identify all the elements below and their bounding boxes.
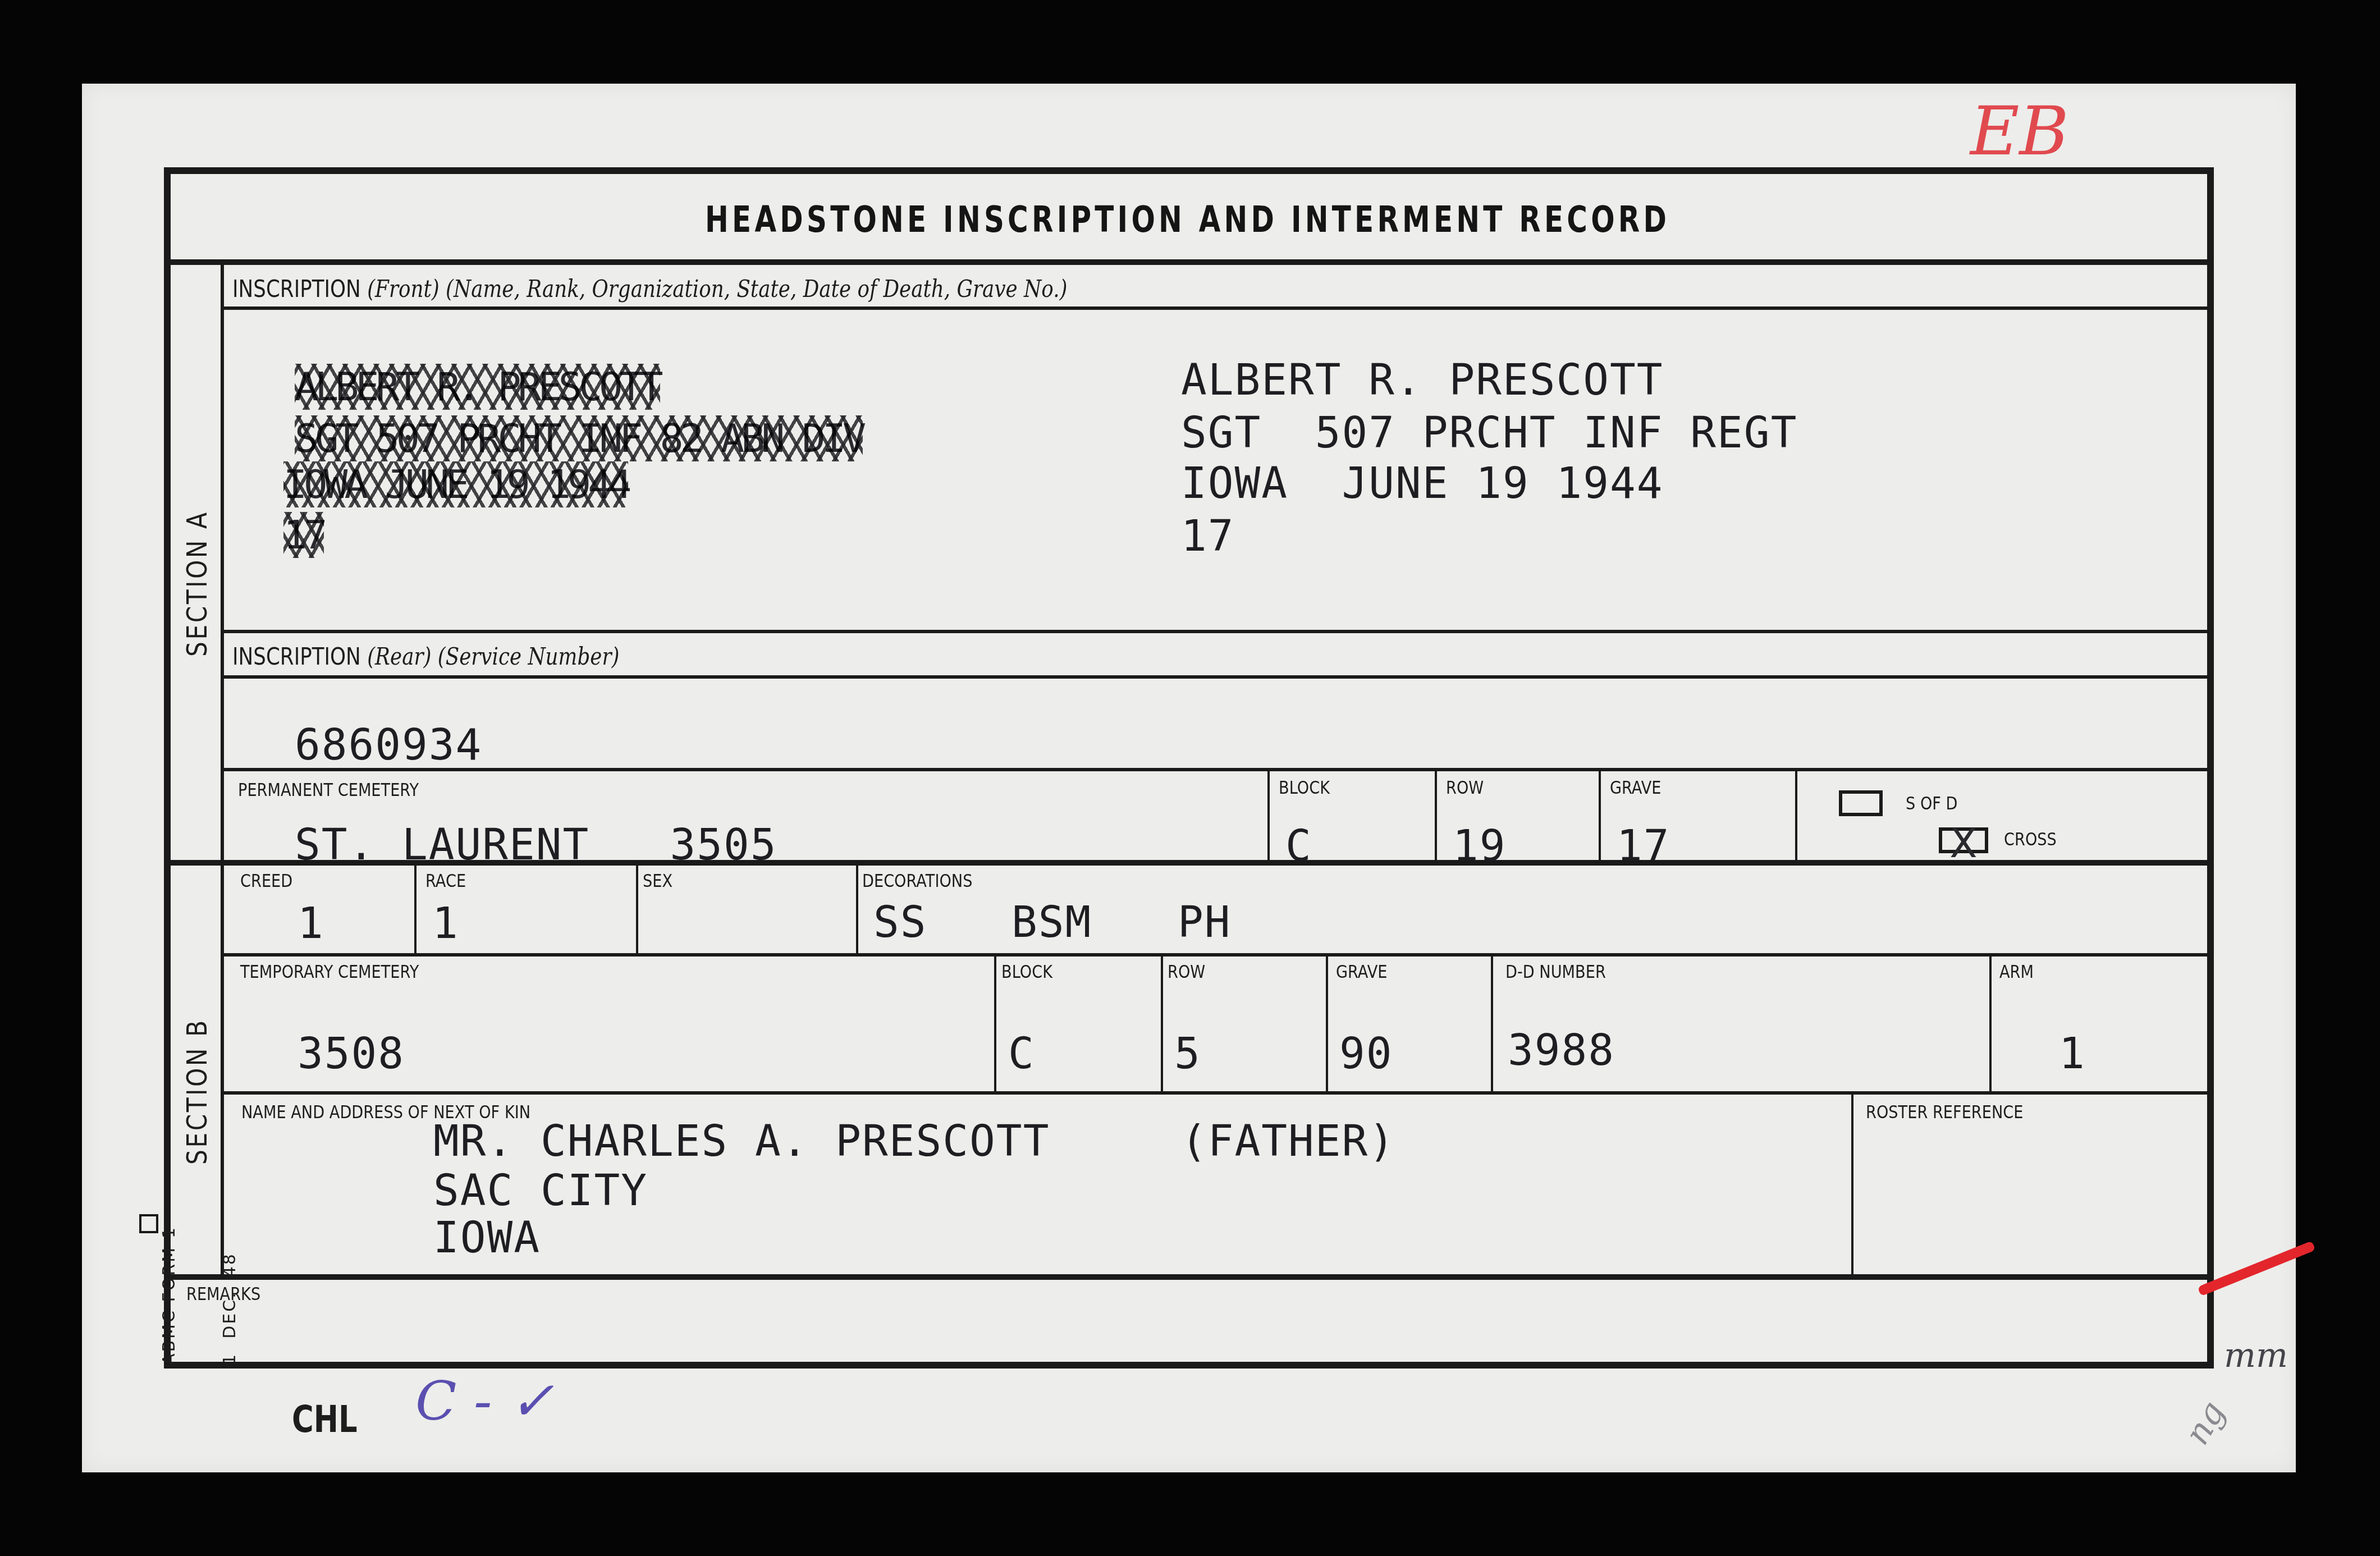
checked-x-mark: X — [1942, 823, 1985, 863]
form-code-line-1: ABMC FORM-1 — [159, 1226, 180, 1365]
divider-title — [164, 259, 2214, 265]
dd-number-label: D-D NUMBER — [1505, 961, 1606, 982]
inscription-front-label-italic: (Front) (Name, Rank, Organization, State… — [367, 275, 1067, 303]
temp-row-divider — [1161, 955, 1163, 1092]
section-column-divider — [221, 262, 224, 1278]
divider-front-body — [222, 630, 2214, 633]
next-of-kin-relation: (FATHER) — [1181, 1116, 1395, 1166]
permanent-block-value: C — [1285, 821, 1312, 871]
form-code-checkbox[interactable] — [139, 1214, 158, 1233]
permanent-grave-value: 17 — [1617, 821, 1670, 871]
struck-inscription-line-3: IOWA JUNE 19 1944 — [283, 461, 628, 507]
temporary-row-label: ROW — [1168, 961, 1205, 982]
decoration-ph: PH — [1178, 897, 1232, 947]
permanent-row-value: 19 — [1453, 821, 1507, 871]
arm-value: 1 — [2059, 1028, 2086, 1078]
cross-checkbox[interactable]: X — [1939, 827, 1988, 853]
perm-row-divider — [1435, 770, 1437, 862]
decoration-ss: SS — [873, 897, 927, 947]
inscription-front-line-1: ALBERT R. PRESCOTT — [1181, 355, 1664, 405]
permanent-grave-label: GRAVE — [1610, 777, 1662, 798]
divider-temporary — [222, 1091, 2214, 1095]
next-of-kin-city: SAC CITY — [433, 1165, 648, 1215]
creed-value: 1 — [297, 898, 324, 948]
service-number-value: 6860934 — [295, 720, 482, 770]
permanent-cemetery-value: ST. LAURENT 3505 — [295, 820, 777, 869]
perm-grave-divider — [1599, 770, 1601, 862]
temporary-cemetery-value: 3508 — [297, 1028, 405, 1078]
dd-number-value: 3988 — [1508, 1025, 1615, 1075]
divider-personal — [222, 953, 2214, 957]
temporary-grave-value: 90 — [1339, 1028, 1393, 1078]
race-value: 1 — [432, 898, 459, 948]
race-label: RACE — [425, 870, 466, 891]
divider-rear-label — [222, 675, 2214, 679]
perm-marker-divider — [1795, 770, 1797, 862]
section-a-label: SECTION A — [181, 511, 213, 657]
inscription-rear-label: INSCRIPTION (Rear) (Service Number) — [232, 643, 619, 670]
sex-divider — [856, 863, 858, 954]
decoration-bsm: BSM — [1012, 897, 1092, 947]
permanent-cemetery-label: PERMANENT CEMETERY — [238, 779, 419, 800]
divider-rear-body — [222, 768, 2214, 771]
next-of-kin-name: MR. CHARLES A. PRESCOTT — [433, 1116, 1050, 1166]
inscription-rear-label-italic: (Rear) (Service Number) — [367, 643, 619, 670]
sex-label: SEX — [643, 870, 672, 891]
next-of-kin-state: IOWA — [433, 1212, 541, 1262]
inscription-front-label: INSCRIPTION (Front) (Name, Rank, Organiz… — [232, 275, 1067, 303]
blue-handwritten-check: C - ✓ — [415, 1370, 554, 1433]
temporary-grave-label: GRAVE — [1336, 961, 1388, 982]
divider-remarks — [164, 1274, 2214, 1280]
permanent-block-label: BLOCK — [1279, 777, 1330, 798]
decorations-label: DECORATIONS — [862, 870, 972, 891]
inscription-front-line-2: SGT 507 PRCHT INF REGT — [1181, 408, 1797, 457]
pencil-annotation-1: mm — [2224, 1336, 2288, 1375]
struck-inscription-line-2: SGT 507 PRCHT INF 82 ABN DIV — [295, 415, 863, 461]
s-of-d-label: S OF D — [1906, 793, 1958, 814]
struck-inscription-line-4: 17 — [283, 512, 324, 558]
remarks-label: REMARKS — [186, 1283, 260, 1305]
cross-label: CROSS — [2004, 829, 2057, 850]
temp-grave-divider — [1326, 955, 1328, 1092]
chl-stamp: CHL — [292, 1398, 358, 1441]
temporary-cemetery-label: TEMPORARY CEMETERY — [240, 961, 419, 982]
temp-dd-divider — [1491, 955, 1493, 1092]
form-title: HEADSTONE INSCRIPTION AND INTERMENT RECO… — [259, 199, 2116, 241]
inscription-front-line-4: 17 — [1181, 511, 1235, 561]
inscription-front-label-prefix: INSCRIPTION — [232, 275, 361, 303]
temporary-row-value: 5 — [1174, 1028, 1201, 1078]
perm-block-divider — [1267, 770, 1270, 862]
temporary-block-value: C — [1008, 1028, 1035, 1078]
inscription-front-line-3: IOWA JUNE 19 1944 — [1181, 458, 1664, 508]
permanent-row-label: ROW — [1446, 777, 1484, 798]
temp-arm-divider — [1989, 955, 1992, 1092]
section-b-label: SECTION B — [181, 1018, 213, 1165]
roster-reference-label: ROSTER REFERENCE — [1866, 1101, 2023, 1123]
arm-label: ARM — [1999, 961, 2034, 982]
s-of-d-checkbox[interactable] — [1839, 790, 1883, 816]
race-divider — [636, 863, 638, 954]
inscription-rear-label-prefix: INSCRIPTION — [232, 643, 361, 670]
divider-front-label — [222, 306, 2214, 310]
struck-inscription-line-1: ALBERT R. PRESCOTT — [295, 364, 660, 410]
temporary-block-label: BLOCK — [1001, 961, 1052, 982]
red-initials-annotation: EB — [1970, 93, 2069, 171]
creed-label: CREED — [240, 870, 292, 891]
creed-divider — [414, 863, 417, 954]
roster-divider — [1851, 1093, 1853, 1276]
temp-block-divider — [994, 955, 996, 1092]
